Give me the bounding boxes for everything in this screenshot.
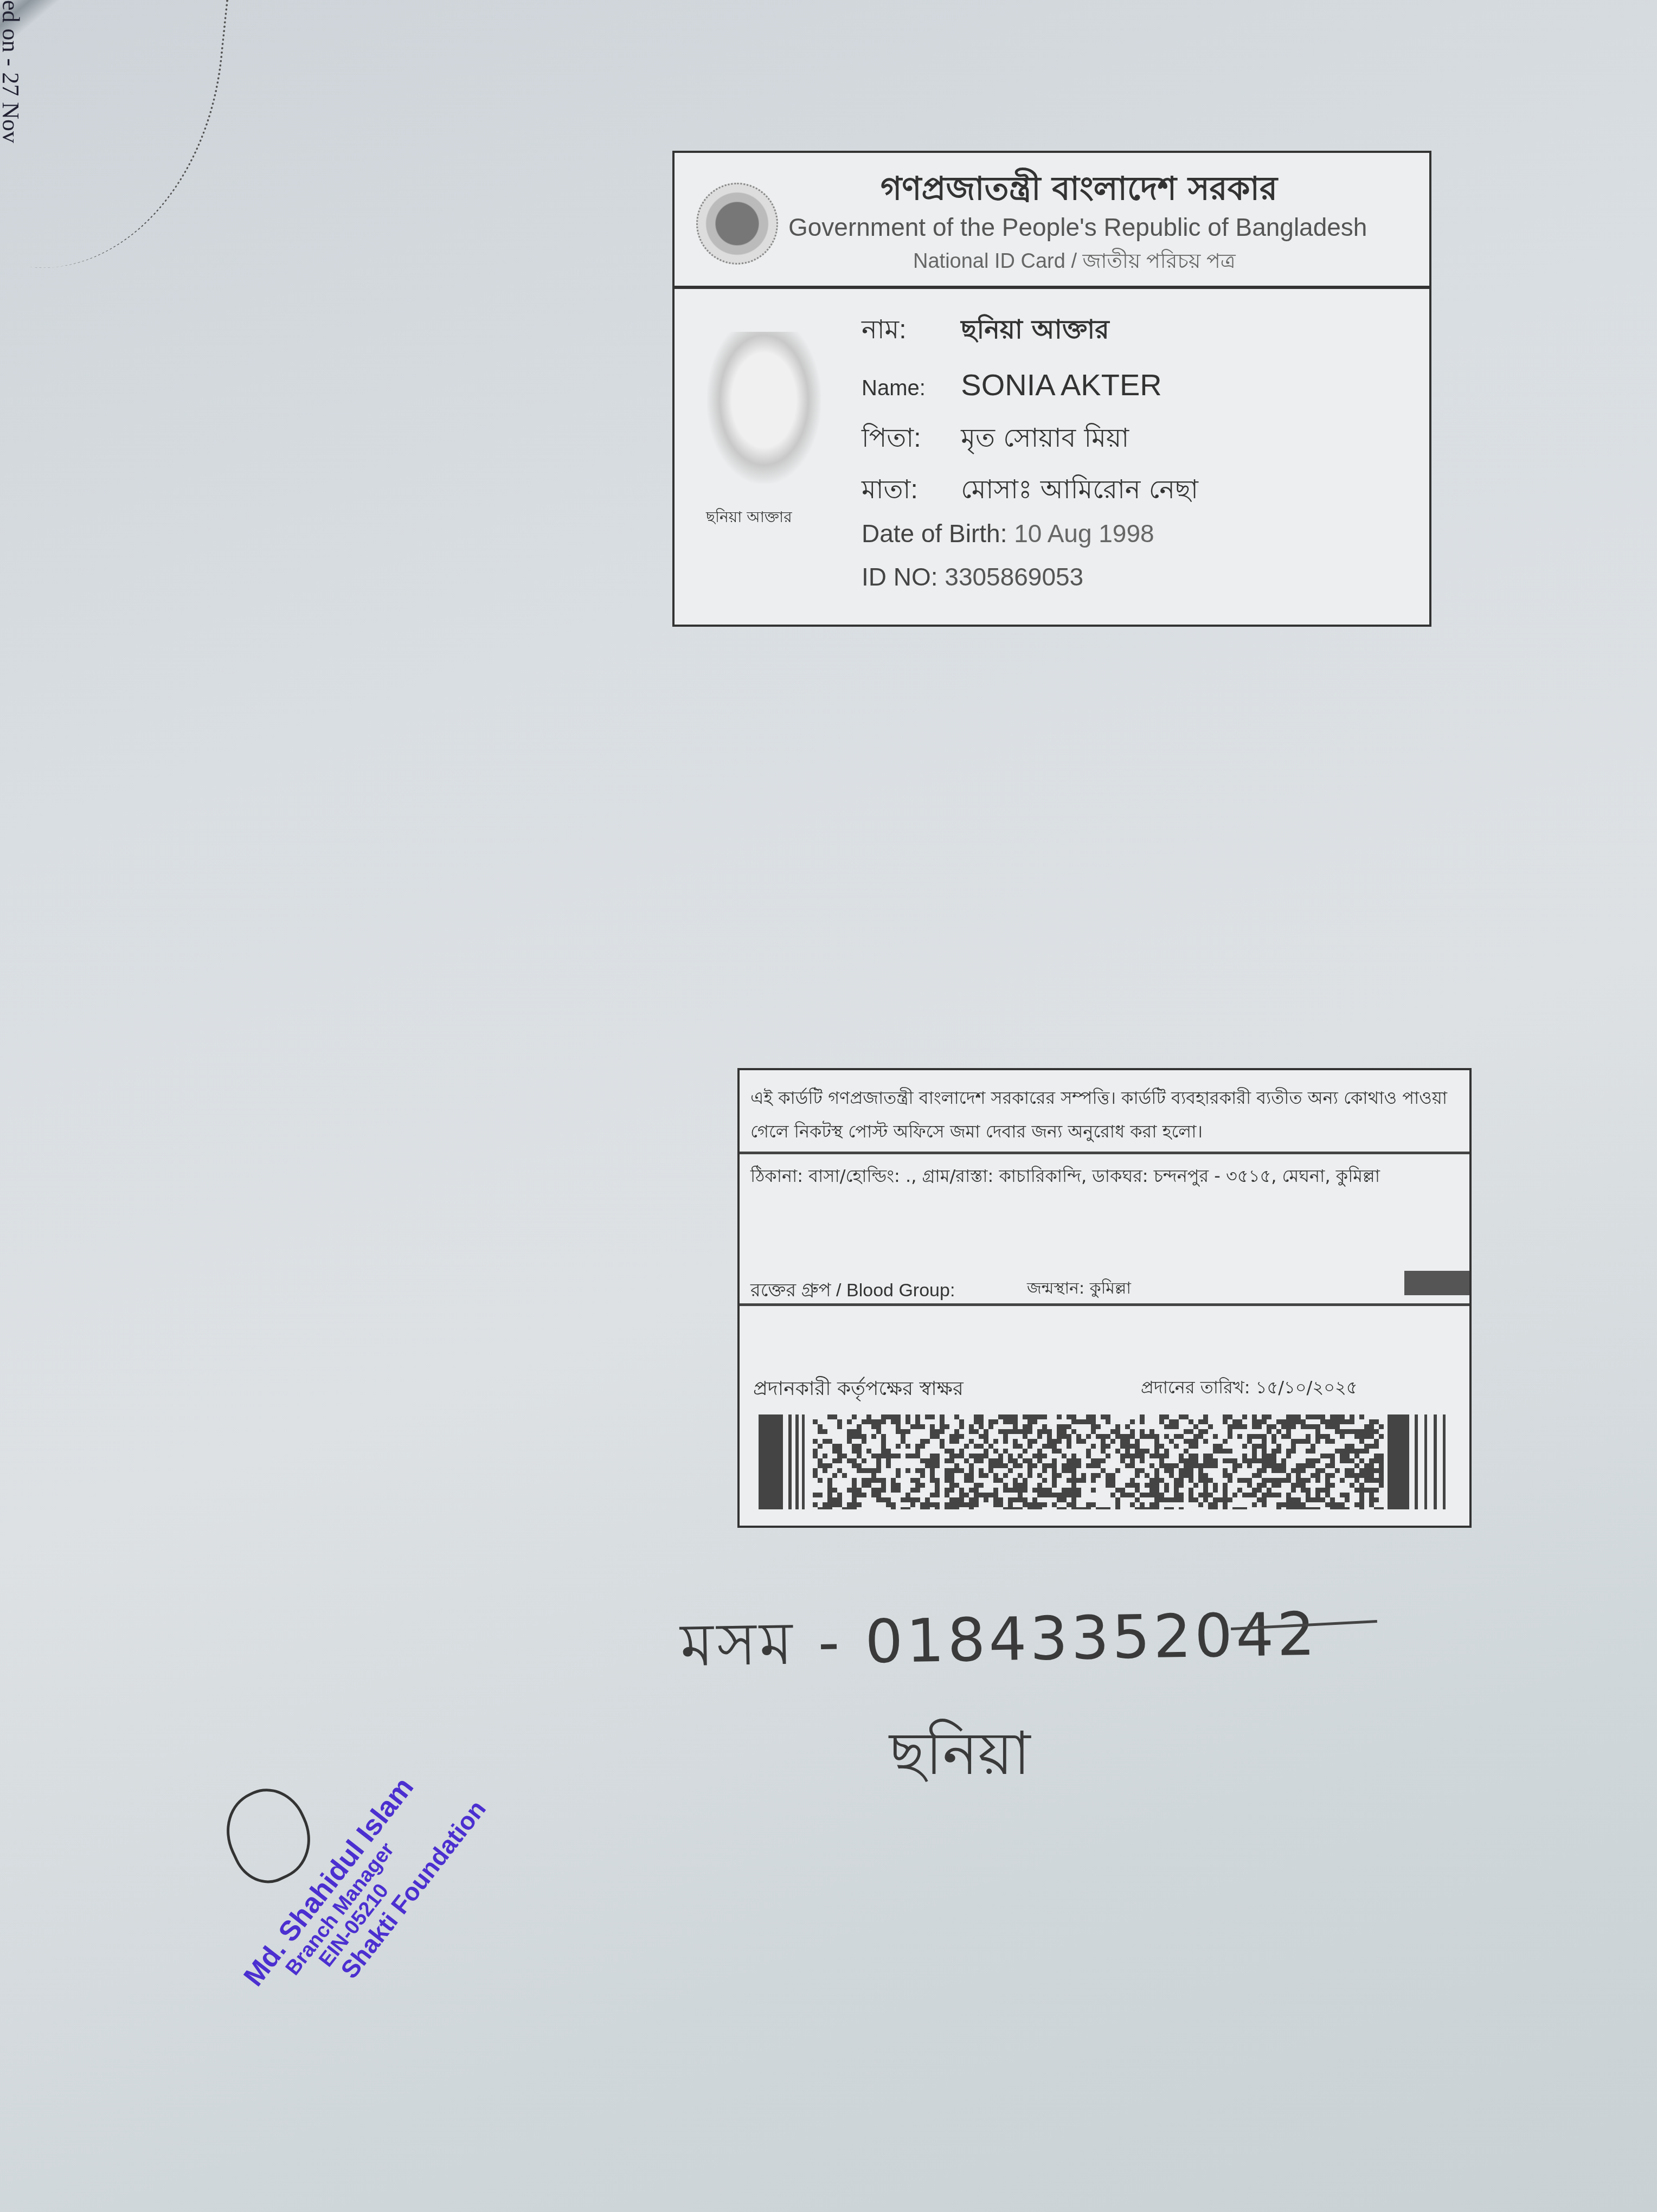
name-en-label: Name: xyxy=(862,376,954,401)
pdf417-barcode xyxy=(759,1414,1447,1509)
nid-card-front: গণপ্রজাতন্ত্রী বাংলাদেশ সরকার Government… xyxy=(672,151,1431,627)
underlying-page-edge xyxy=(0,0,238,285)
name-bn-row: নাম: ছনিয়া আক্তার xyxy=(862,310,1109,353)
attester-signature xyxy=(212,1776,325,1894)
id-label: ID NO: xyxy=(862,563,938,591)
divider xyxy=(740,1303,1469,1306)
father-row: পিতা: মৃত সোয়াব মিয়া xyxy=(862,419,1129,461)
name-bn-value: ছনিয়া আক্তার xyxy=(961,314,1109,345)
id-value: 3305869053 xyxy=(945,563,1083,591)
name-bn-label: নাম: xyxy=(862,310,954,353)
mother-label: মাতা: xyxy=(862,470,954,513)
holder-handwritten-signature: ছনিয়া xyxy=(889,1708,1030,1808)
id-row: ID NO: 3305869053 xyxy=(862,562,1083,591)
birthplace: জন্মস্থান: কুমিল্লা xyxy=(1027,1275,1131,1303)
name-en-row: Name: SONIA AKTER xyxy=(862,367,1162,402)
dob-row: Date of Birth: 10 Aug 1998 xyxy=(862,519,1154,548)
divider xyxy=(740,1152,1469,1154)
authority-signature-label: প্রদানকারী কর্তৃপক্ষের স্বাক্ষর xyxy=(753,1374,964,1406)
header-subtitle: National ID Card / জাতীয় পরিচয় পত্র xyxy=(913,245,1236,280)
father-label: পিতা: xyxy=(862,419,954,461)
issue-date-label: প্রদানের তারিখ: xyxy=(1141,1377,1250,1398)
security-mark xyxy=(1404,1271,1469,1295)
mother-value: মোসাঃ আমিরোন নেছা xyxy=(961,474,1198,505)
card-header: গণপ্রজাতন্ত্রী বাংলাদেশ সরকার Government… xyxy=(675,153,1429,289)
ownership-notice: এই কার্ডটি গণপ্রজাতন্ত্রী বাংলাদেশ সরকার… xyxy=(750,1081,1459,1148)
holder-signature: ছনিয়া আক্তার xyxy=(706,505,792,531)
holder-photo xyxy=(707,332,821,484)
dob-value: 10 Aug 1998 xyxy=(1014,519,1154,548)
header-english: Government of the People's Republic of B… xyxy=(788,213,1367,242)
blood-group-label: রক্তের গ্রুপ / Blood Group: xyxy=(750,1276,955,1307)
nid-card-back: এই কার্ডটি গণপ্রজাতন্ত্রী বাংলাদেশ সরকার… xyxy=(737,1068,1472,1528)
name-en-value: SONIA AKTER xyxy=(961,368,1161,402)
attestation-stamp: Md. Shahidul Islam Branch Manager EIN-05… xyxy=(239,1734,504,2035)
issue-date: প্রদানের তারিখ: ১৫/১০/২০২৫ xyxy=(1141,1374,1358,1403)
mother-row: মাতা: মোসাঃ আমিরোন নেছা xyxy=(862,470,1198,513)
handwritten-phone: মসম - 01843352042 xyxy=(679,1589,1319,1700)
margin-note: ed on - 27 Nov xyxy=(0,0,24,143)
government-emblem-icon xyxy=(696,183,778,265)
issue-date-value: ১৫/১০/২০২৫ xyxy=(1256,1377,1358,1398)
address: ঠিকানা: বাসা/হোল্ডিং: ., গ্রাম/রাস্তা: ক… xyxy=(750,1161,1459,1191)
header-bangla: গণপ্রজাতন্ত্রী বাংলাদেশ সরকার xyxy=(881,164,1277,218)
father-value: মৃত সোয়াব মিয়া xyxy=(961,423,1129,453)
dob-label: Date of Birth: xyxy=(862,519,1007,548)
